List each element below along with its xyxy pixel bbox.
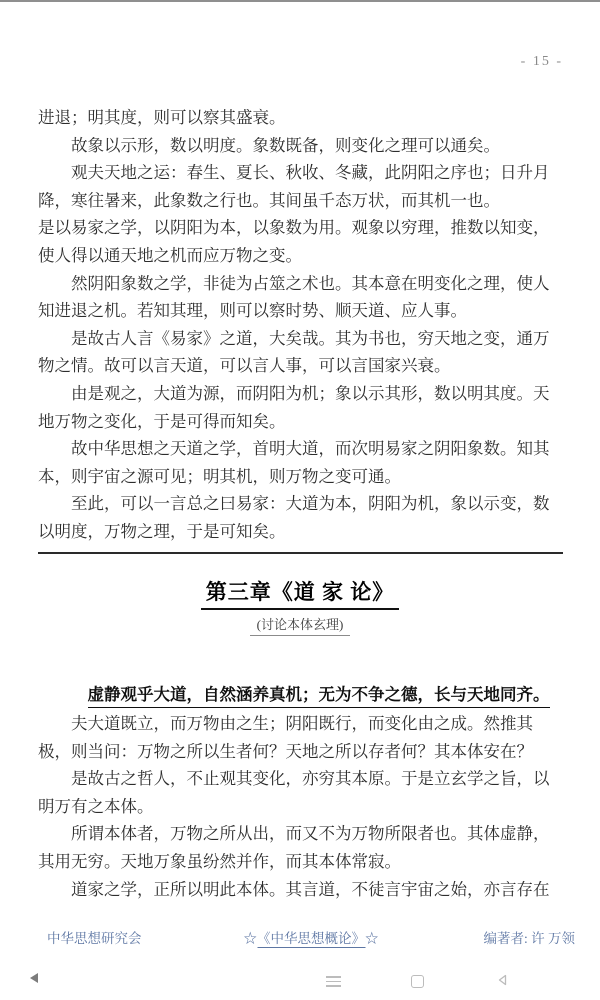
document-page: - 15 - 进退；明其度，则可以察其盛衰。 故象以示形，数以明度。象数既备，则…: [0, 0, 600, 1000]
text-line: 观夫天地之运：春生、夏长、秋收、冬藏，此阴阳之序也；日升月: [38, 159, 570, 187]
text-line: 本，则宇宙之源可见；明其机，则万物之变可通。: [38, 463, 570, 491]
text-line: 物之情。故可以言天道，可以言人事，可以言国家兴衰。: [38, 352, 570, 380]
footer-book-title-link[interactable]: 《中华思想概论》: [257, 931, 365, 948]
text-line: 所谓本体者，万物之所从出，而又不为万物所限者也。其体虚静，: [38, 820, 570, 848]
text-line: 至此，可以一言总之曰易家：大道为本，阴阳为机，象以示变，数: [38, 490, 570, 518]
page-footer: 中华思想研究会 ☆《中华思想概论》☆ 编著者: 许 万领: [0, 927, 600, 947]
footer-star-left: ☆: [244, 931, 258, 946]
footer-author: 编著者: 许 万领: [483, 927, 575, 947]
back-icon-glyph: [496, 973, 510, 987]
body-section-2: 夫大道既立，而万物由之生；阴阳既行，而变化由之成。然推其 极，则当问：万物之所以…: [38, 710, 570, 903]
section-divider-line: [38, 552, 563, 554]
text-line: 道家之学，正所以明此本体。其言道，不徒言宇宙之始，亦言存在: [38, 876, 570, 904]
menu-icon-bar: [326, 981, 341, 983]
footer-star-right: ☆: [365, 931, 379, 946]
chapter-motto-text: 虚静观乎大道，自然涵养真机；无为不争之德，长与天地同齐。: [88, 681, 550, 708]
text-line: 知进退之机。若知其理，则可以察时势、顺天道、应人事。: [38, 297, 570, 325]
menu-icon-bar: [326, 985, 341, 987]
page-back-icon[interactable]: [30, 973, 38, 983]
chapter-subtitle-text: (讨论本体玄理): [250, 614, 351, 636]
text-line: 是故古人言《易家》之道，大矣哉。其为书也，穷天地之变，通万: [38, 325, 570, 353]
text-line: 故象以示形，数以明度。象数既备，则变化之理可以通矣。: [38, 132, 570, 160]
page-number: - 15 -: [521, 54, 563, 70]
text-line: 降，寒往暑来，此象数之行也。其间虽千态万状，而其机一也。: [38, 187, 570, 215]
body-section-1: 进退；明其度，则可以察其盛衰。 故象以示形，数以明度。象数既备，则变化之理可以通…: [38, 104, 570, 546]
text-line: 明万有之本体。: [38, 793, 570, 821]
text-line: 其用无穷。天地万象虽纷然并作，而其本体常寂。: [38, 848, 570, 876]
text-line: 是故古之哲人，不止观其变化，亦穷其本原。于是立玄学之旨，以: [38, 765, 570, 793]
text-line: 是以易家之学，以阴阳为本，以象数为用。观象以穷理，推数以知变，: [38, 214, 570, 242]
text-line: 以明度，万物之理，于是可知矣。: [38, 518, 570, 546]
text-line: 故中华思想之天道之学，首明大道，而次明易家之阴阳象数。知其: [38, 435, 570, 463]
chapter-heading: 第三章《道 家 论》: [0, 576, 600, 610]
footer-book-title: ☆《中华思想概论》☆: [244, 927, 379, 947]
text-line: 夫大道既立，而万物由之生；阴阳既行，而变化由之成。然推其: [38, 710, 570, 738]
menu-icon[interactable]: [326, 976, 341, 990]
text-line: 地万物之变化，于是可得而知矣。: [38, 408, 570, 436]
chapter-subtitle: (讨论本体玄理): [0, 614, 600, 636]
text-line: 进退；明其度，则可以察其盛衰。: [38, 104, 570, 132]
footer-organization: 中华思想研究会: [47, 927, 142, 947]
top-divider: [0, 0, 600, 2]
chapter-heading-text: 第三章《道 家 论》: [201, 576, 400, 610]
back-icon[interactable]: [496, 973, 510, 987]
home-icon[interactable]: [411, 975, 424, 988]
text-line: 然阴阳象数之学，非徒为占筮之术也。其本意在明变化之理，使人: [38, 270, 570, 298]
menu-icon-bar: [326, 976, 341, 978]
text-line: 使人得以通天地之机而应万物之变。: [38, 242, 570, 270]
text-line: 极，则当问：万物之所以生者何？天地之所以存者何？其本体安在？: [38, 738, 570, 766]
text-line: 由是观之，大道为源，而阴阳为机；象以示其形，数以明其度。天: [38, 380, 570, 408]
